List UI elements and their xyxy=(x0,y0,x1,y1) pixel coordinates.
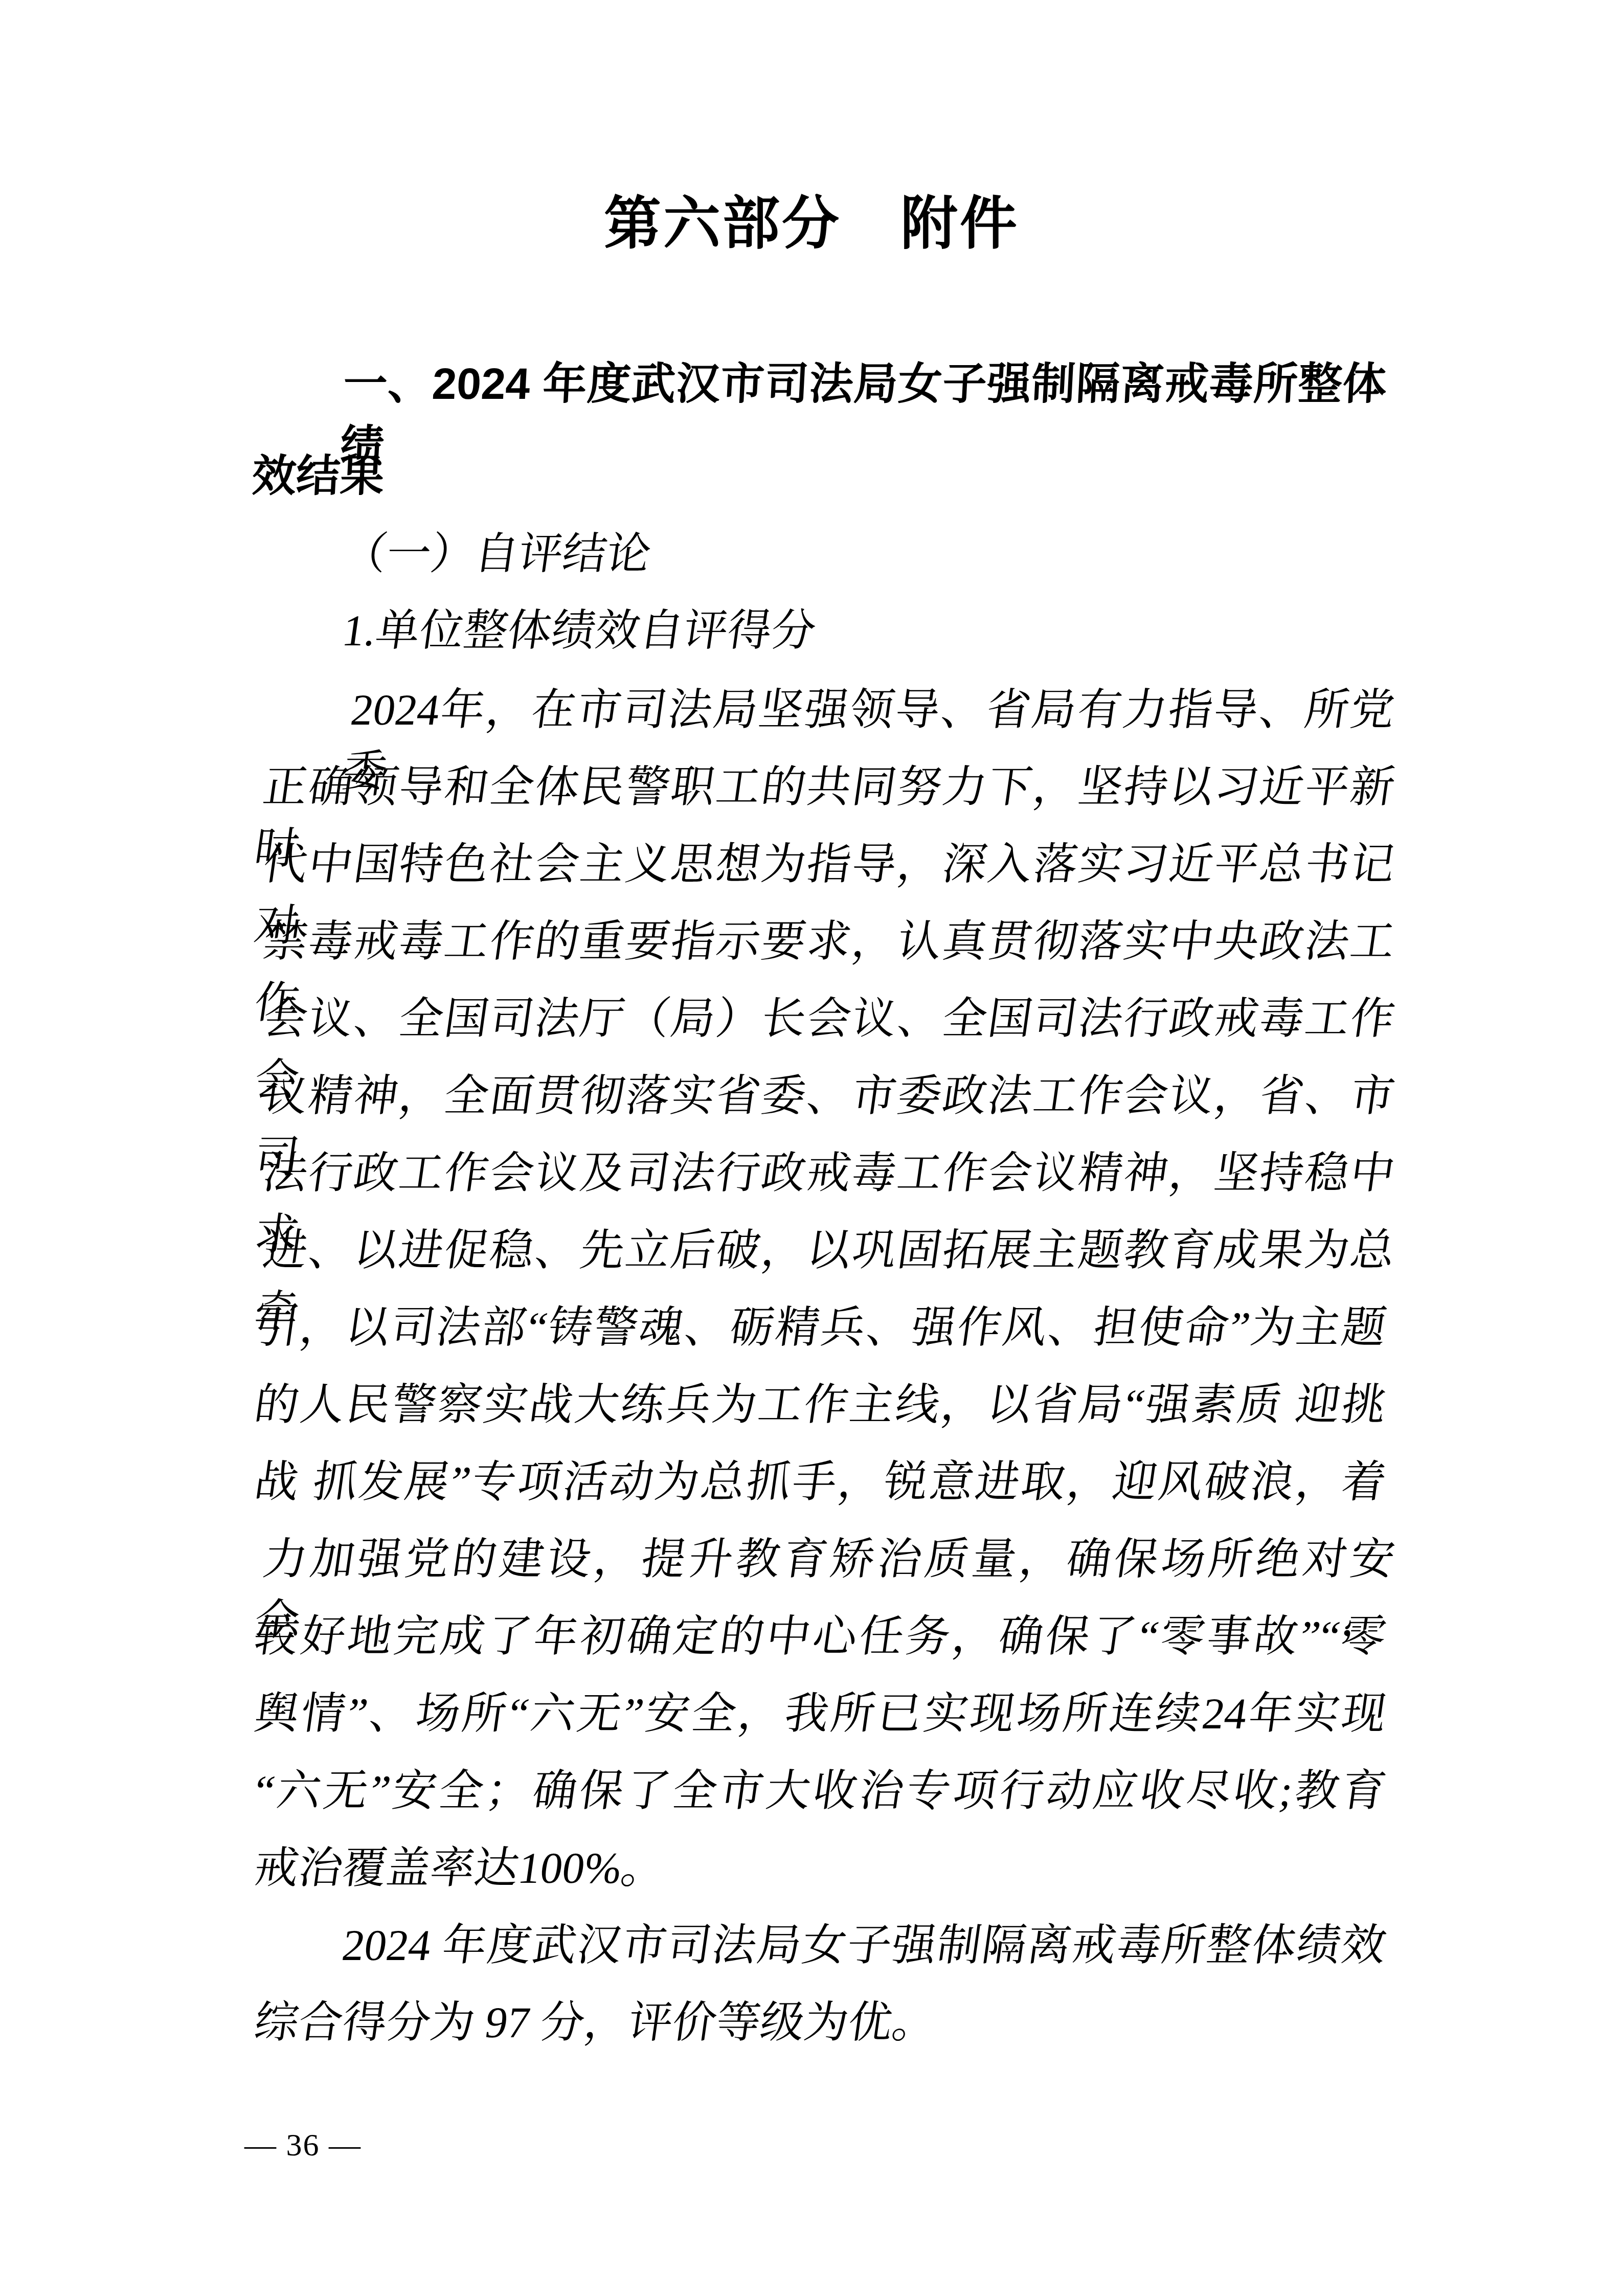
body-line: 较好地完成了年初确定的中心任务，确保了“零事故”“零 xyxy=(251,1606,1390,1667)
body-line: 舆情”、场所“六无”安全，我所已实现场所连续24年实现 xyxy=(251,1683,1390,1744)
subsection-heading: （一）自评结论 xyxy=(251,523,1390,585)
body-line: 戒治覆盖率达100%。 xyxy=(251,1837,1390,1899)
body-line: 综合得分为 97 分，评价等级为优。 xyxy=(251,1992,1390,2053)
body-line: 的人民警察实战大练兵为工作主线，以省局“强素质 迎挑 xyxy=(251,1374,1390,1435)
document-page: 第六部分 附件 一、2024 年度武汉市司法局女子强制隔离戒毒所整体绩 效结果 … xyxy=(0,0,1623,2296)
body-line: 战 抓发展”专项活动为总抓手，锐意进取，迎风破浪，着 xyxy=(251,1451,1390,1513)
item-heading: 1.单位整体绩效自评得分 xyxy=(251,599,1390,662)
body-line: 2024 年度武汉市司法局女子强制隔离戒毒所整体绩效 xyxy=(251,1915,1390,1976)
section-heading-line-2: 效结果 xyxy=(251,445,1385,507)
body-line: “六无”安全；确保了全市大收治专项行动应收尽收;教育 xyxy=(251,1760,1390,1821)
page-number: — 36 — xyxy=(244,2127,362,2163)
part-title: 第六部分 附件 xyxy=(0,188,1623,260)
body-line: 引，以司法部“铸警魂、砺精兵、强作风、担使命”为主题 xyxy=(251,1297,1390,1358)
